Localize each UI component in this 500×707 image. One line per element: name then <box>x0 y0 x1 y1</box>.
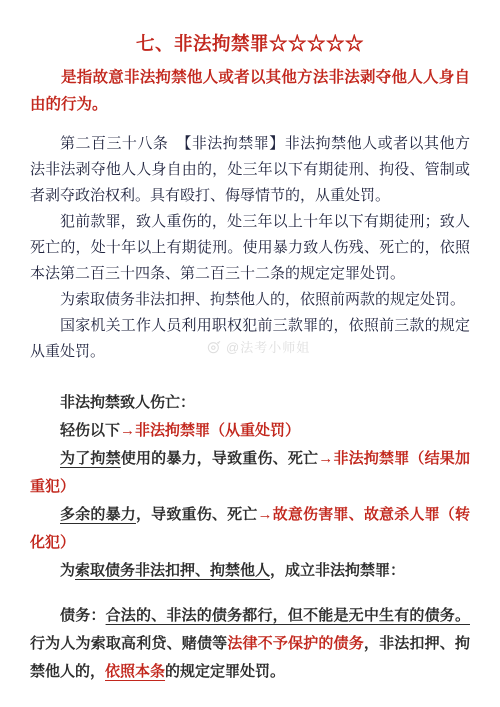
statute-paragraph-3: 为索取债务非法扣押、拘禁他人的，依照前两款的规定处罚。 <box>30 287 470 313</box>
statute-paragraph-2: 犯前款罪，致人重伤的，处三年以上十年以下有期徒刑；致人死亡的，处十年以上有期徒刑… <box>30 209 470 287</box>
weibo-camera-icon <box>206 339 222 355</box>
statute-block: 第二百三十八条 【非法拘禁罪】非法拘禁他人或者以其他方法非法剥夺他人人身自由的，… <box>30 131 470 365</box>
note-line-heading: 非法拘禁致人伤亡： <box>30 389 470 417</box>
text-segment-plain: 轻伤以下 <box>60 422 120 439</box>
note-line-minor-injury: 轻伤以下→非法拘禁罪（从重处罚） <box>30 417 470 445</box>
text-segment-plain: 非法拘禁致人伤亡： <box>60 394 195 411</box>
text-segment-plain: ，成立非法拘禁罪： <box>270 562 405 579</box>
definition-paragraph: 是指故意非法拘禁他人或者以其他方法非法剥夺他人人身自由的行为。 <box>30 64 470 118</box>
note-line-detention-force: 为了拘禁使用的暴力，导致重伤、死亡→非法拘禁罪（结果加重犯） <box>30 445 470 501</box>
text-segment-red-underline: 依照本条 <box>105 663 165 680</box>
note-line-debt-detention: 为索取债务非法扣押、拘禁他人，成立非法拘禁罪： <box>30 557 470 585</box>
text-segment-plain: 的规定定罪处罚。 <box>165 663 285 680</box>
text-segment-red: 法律不予保护的债务 <box>227 635 364 652</box>
text-segment-underline: 合法的、非法的债务都行，但不能是无中生有的债务。 <box>106 607 470 624</box>
text-segment-plain: 为 <box>60 562 75 579</box>
text-segment-plain: 使用的暴力，导致重伤、死亡 <box>121 450 318 467</box>
text-segment-underline: 多余的暴力 <box>60 506 136 523</box>
text-segment-red: →非法拘禁罪（从重处罚） <box>120 422 300 439</box>
note-line-excess-force: 多余的暴力，导致重伤、死亡→故意伤害罪、故意杀人罪（转化犯） <box>30 501 470 557</box>
note-paragraph-debt: 债务：合法的、非法的债务都行，但不能是无中生有的债务。行为人为索取高利贷、赌债等… <box>30 602 470 686</box>
text-segment-plain: 行为人为索取高利贷、赌债等 <box>30 635 227 652</box>
text-segment-underline: 索取债务非法扣押、拘禁他人 <box>75 562 270 579</box>
statute-paragraph-1: 第二百三十八条 【非法拘禁罪】非法拘禁他人或者以其他方法非法剥夺他人人身自由的，… <box>30 131 470 209</box>
watermark-text: @法考小师姐 <box>226 337 310 356</box>
text-segment-underline: 为了拘禁 <box>60 450 121 467</box>
notes-block: 非法拘禁致人伤亡： 轻伤以下→非法拘禁罪（从重处罚） 为了拘禁使用的暴力，导致重… <box>30 389 470 686</box>
text-segment-plain: 债务： <box>60 607 106 624</box>
document-page: 七、非法拘禁罪☆☆☆☆☆ 是指故意非法拘禁他人或者以其他方法非法剥夺他人人身自由… <box>0 0 500 707</box>
watermark: @法考小师姐 <box>206 337 310 356</box>
page-title: 七、非法拘禁罪☆☆☆☆☆ <box>30 31 470 57</box>
text-segment-plain: ，导致重伤、死亡 <box>136 506 258 523</box>
